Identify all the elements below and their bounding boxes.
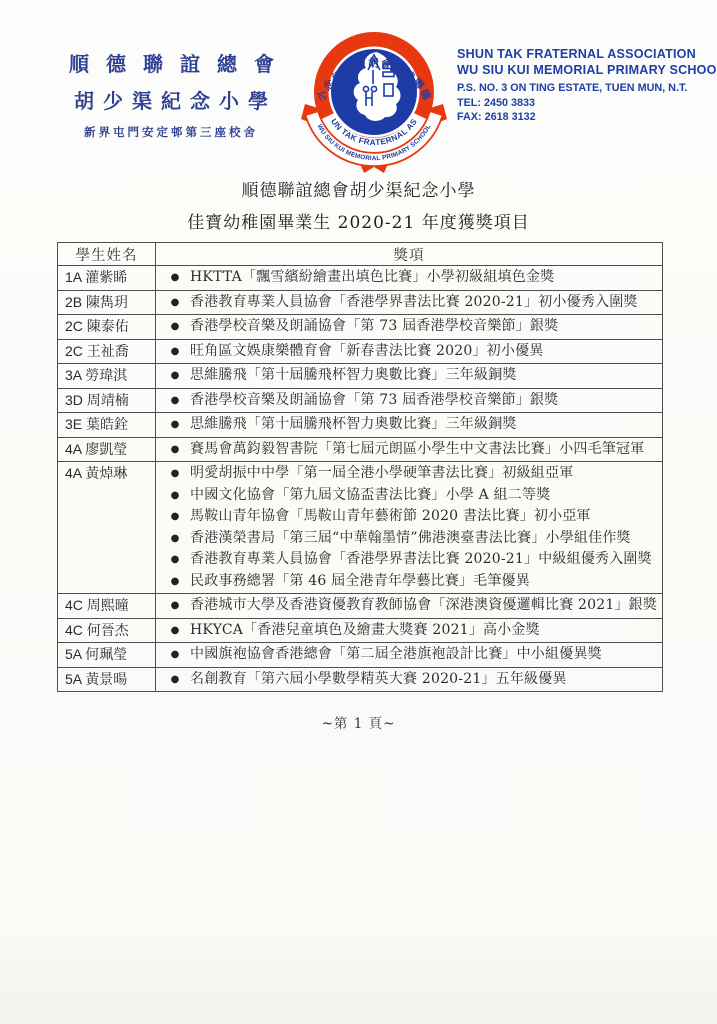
award-line: ●旺角區文娛康樂體育會「新春書法比賽 2020」初小優異	[160, 341, 658, 363]
school-badge-icon: 學小念紀渠少胡會總誼聯德順 SHUN TAK FRATERNAL ASSN WU…	[299, 26, 449, 176]
table-row: 4C 周熙曈●香港城市大學及香港資優教育教師協會「深港澳資優邏輯比賽 2021」…	[58, 594, 663, 619]
table-row: 2C 王祉喬●旺角區文娛康樂體育會「新春書法比賽 2020」初小優異	[58, 339, 663, 364]
award-line: ●明愛胡振中中學「第一屆全港小學硬筆書法比賽」初級組亞軍	[160, 463, 658, 485]
table-row: 2C 陳泰佑●香港學校音樂及朗誦協會「第 73 屆香港學校音樂節」銀獎	[58, 315, 663, 340]
award-text: 旺角區文娛康樂體育會「新春書法比賽 2020」初小優異	[190, 341, 543, 362]
award-text: 中國文化協會「第九屆文協盃書法比賽」小學 A 組二等獎	[190, 485, 550, 506]
bullet-icon: ●	[160, 439, 190, 461]
awards-cell: ●思維騰飛「第十屆騰飛杯智力奧數比賽」三年級銅獎	[156, 364, 663, 389]
school-fax: FAX: 2618 3132	[457, 110, 699, 125]
award-text: HKYCA「香港兒童填色及繪畫大獎賽 2021」高小金獎	[190, 620, 540, 641]
awards-table: 學生姓名 獎項 1A 灌紫睎●HKTTA「飄雪繽紛繪畫出填色比賽」小學初級組填色…	[57, 242, 663, 692]
award-line: ●中國旗袍協會香港總會「第二屆全港旗袍設計比賽」中小組優異獎	[160, 644, 658, 666]
table-header-row: 學生姓名 獎項	[58, 243, 663, 266]
award-text: 香港漢榮書局「第三屆“中華翰墨情”佛港澳臺書法比賽」小學組佳作獎	[190, 528, 631, 549]
award-line: ●賽馬會萬鈞毅智書院「第七屆元朗區小學生中文書法比賽」小四毛筆冠軍	[160, 439, 658, 461]
award-line: ●思維騰飛「第十屆騰飛杯智力奧數比賽」三年級銅獎	[160, 365, 658, 387]
award-line: ●民政事務總署「第 46 屆全港青年學藝比賽」毛筆優異	[160, 571, 658, 593]
awards-cell: ●明愛胡振中中學「第一屆全港小學硬筆書法比賽」初級組亞軍●中國文化協會「第九屆文…	[156, 462, 663, 594]
award-text: 香港學校音樂及朗誦協會「第 73 屆香港學校音樂節」銀獎	[190, 390, 558, 411]
awards-table-wrap: 學生姓名 獎項 1A 灌紫睎●HKTTA「飄雪繽紛繪畫出填色比賽」小學初級組填色…	[57, 242, 663, 692]
table-row: 3A 勞瑋淇●思維騰飛「第十屆騰飛杯智力奧數比賽」三年級銅獎	[58, 364, 663, 389]
student-name-cell: 3E 葉皓銓	[58, 413, 156, 438]
awards-cell: ●旺角區文娛康樂體育會「新春書法比賽 2020」初小優異	[156, 339, 663, 364]
bullet-icon: ●	[160, 506, 190, 528]
award-text: 思維騰飛「第十屆騰飛杯智力奧數比賽」三年級銅獎	[190, 414, 517, 435]
bullet-icon: ●	[160, 292, 190, 314]
table-row: 3E 葉皓銓●思維騰飛「第十屆騰飛杯智力奧數比賽」三年級銅獎	[58, 413, 663, 438]
school-tel: TEL: 2450 3833	[457, 96, 699, 111]
scanned-document-page: 順德聯誼總會 胡少渠紀念小學 新界屯門安定邨第三座校舍	[0, 0, 717, 1024]
column-header-award: 獎項	[156, 243, 663, 266]
student-name-cell: 2B 陳雋玥	[58, 290, 156, 315]
award-line: ●香港漢榮書局「第三屆“中華翰墨情”佛港澳臺書法比賽」小學組佳作獎	[160, 528, 658, 550]
award-line: ●HKTTA「飄雪繽紛繪畫出填色比賽」小學初級組填色金獎	[160, 267, 658, 289]
awards-cell: ●香港學校音樂及朗誦協會「第 73 屆香港學校音樂節」銀獎	[156, 388, 663, 413]
table-row: 4A 黃焯琳●明愛胡振中中學「第一屆全港小學硬筆書法比賽」初級組亞軍●中國文化協…	[58, 462, 663, 594]
student-name-cell: 4A 黃焯琳	[58, 462, 156, 594]
awards-cell: ●香港城市大學及香港資優教育教師協會「深港澳資優邏輯比賽 2021」銀獎	[156, 594, 663, 619]
bullet-icon: ●	[160, 341, 190, 363]
awards-cell: ●賽馬會萬鈞毅智書院「第七屆元朗區小學生中文書法比賽」小四毛筆冠軍	[156, 437, 663, 462]
bullet-icon: ●	[160, 571, 190, 593]
award-line: ●香港教育專業人員協會「香港學界書法比賽 2020-21」中級組優秀入圍獎	[160, 549, 658, 571]
bullet-icon: ●	[160, 463, 190, 485]
award-text: 明愛胡振中中學「第一屆全港小學硬筆書法比賽」初級組亞軍	[190, 463, 573, 484]
awards-cell: ●HKTTA「飄雪繽紛繪畫出填色比賽」小學初級組填色金獎	[156, 266, 663, 291]
awards-table-body: 1A 灌紫睎●HKTTA「飄雪繽紛繪畫出填色比賽」小學初級組填色金獎2B 陳雋玥…	[58, 266, 663, 692]
document-title-line2: 佳寶幼稚園畢業生 2020-21 年度獲獎項目	[0, 208, 717, 233]
award-text: 名創教育「第六屆小學數學精英大賽 2020-21」五年級優異	[190, 669, 567, 690]
letterhead: 順德聯誼總會 胡少渠紀念小學 新界屯門安定邨第三座校舍	[0, 26, 717, 180]
column-header-student-name: 學生姓名	[58, 243, 156, 266]
student-name-cell: 3A 勞瑋淇	[58, 364, 156, 389]
table-row: 4C 何晉杰●HKYCA「香港兒童填色及繪畫大獎賽 2021」高小金獎	[58, 618, 663, 643]
awards-cell: ●香港教育專業人員協會「香港學界書法比賽 2020-21」初小優秀入圍獎	[156, 290, 663, 315]
award-text: 馬鞍山青年協會「馬鞍山青年藝術節 2020 書法比賽」初小亞軍	[190, 506, 591, 527]
award-text: 香港教育專業人員協會「香港學界書法比賽 2020-21」初小優秀入圍獎	[190, 292, 638, 313]
bullet-icon: ●	[160, 644, 190, 666]
award-line: ●名創教育「第六屆小學數學精英大賽 2020-21」五年級優異	[160, 669, 658, 691]
award-text: 香港城市大學及香港資優教育教師協會「深港澳資優邏輯比賽 2021」銀獎	[190, 595, 657, 616]
table-row: 3D 周靖楠●香港學校音樂及朗誦協會「第 73 屆香港學校音樂節」銀獎	[58, 388, 663, 413]
student-name-cell: 4C 周熙曈	[58, 594, 156, 619]
bullet-icon: ●	[160, 669, 190, 691]
award-text: 香港教育專業人員協會「香港學界書法比賽 2020-21」中級組優秀入圍獎	[190, 549, 652, 570]
student-name-cell: 4C 何晉杰	[58, 618, 156, 643]
student-name-cell: 2C 王祉喬	[58, 339, 156, 364]
awards-cell: ●中國旗袍協會香港總會「第二屆全港旗袍設計比賽」中小組優異獎	[156, 643, 663, 668]
bullet-icon: ●	[160, 414, 190, 436]
table-row: 1A 灌紫睎●HKTTA「飄雪繽紛繪畫出填色比賽」小學初級組填色金獎	[58, 266, 663, 291]
award-line: ●香港學校音樂及朗誦協會「第 73 屆香港學校音樂節」銀獎	[160, 316, 658, 338]
award-line: ●HKYCA「香港兒童填色及繪畫大獎賽 2021」高小金獎	[160, 620, 658, 642]
bullet-icon: ●	[160, 316, 190, 338]
award-line: ●中國文化協會「第九屆文協盃書法比賽」小學 A 組二等獎	[160, 485, 658, 507]
school-address-cn: 新界屯門安定邨第三座校舍	[52, 124, 290, 140]
table-row: 2B 陳雋玥●香港教育專業人員協會「香港學界書法比賽 2020-21」初小優秀入…	[58, 290, 663, 315]
student-name-cell: 3D 周靖楠	[58, 388, 156, 413]
award-text: HKTTA「飄雪繽紛繪畫出填色比賽」小學初級組填色金獎	[190, 267, 554, 288]
awards-cell: ●HKYCA「香港兒童填色及繪畫大獎賽 2021」高小金獎	[156, 618, 663, 643]
school-name-en-line2: WU SIU KUI MEMORIAL PRIMARY SCHOOL	[457, 62, 699, 78]
student-name-cell: 2C 陳泰佑	[58, 315, 156, 340]
award-text: 民政事務總署「第 46 屆全港青年學藝比賽」毛筆優異	[190, 571, 530, 592]
document-title-line1: 順德聯誼總會胡少渠紀念小學	[0, 176, 717, 201]
awards-cell: ●香港學校音樂及朗誦協會「第 73 屆香港學校音樂節」銀獎	[156, 315, 663, 340]
awards-cell: ●思維騰飛「第十屆騰飛杯智力奧數比賽」三年級銅獎	[156, 413, 663, 438]
school-name-cn-line1: 順德聯誼總會	[52, 48, 290, 77]
school-name-chinese-block: 順德聯誼總會 胡少渠紀念小學 新界屯門安定邨第三座校舍	[52, 26, 290, 140]
bullet-icon: ●	[160, 549, 190, 571]
school-badge-logo: 學小念紀渠少胡會總誼聯德順 SHUN TAK FRATERNAL ASSN WU…	[299, 26, 449, 180]
school-name-english-block: SHUN TAK FRATERNAL ASSOCIATION WU SIU KU…	[457, 26, 699, 125]
student-name-cell: 5A 何珮瑩	[58, 643, 156, 668]
award-text: 賽馬會萬鈞毅智書院「第七屆元朗區小學生中文書法比賽」小四毛筆冠軍	[190, 439, 644, 460]
award-text: 中國旗袍協會香港總會「第二屆全港旗袍設計比賽」中小組優異獎	[190, 644, 602, 665]
school-address-en: P.S. NO. 3 ON TING ESTATE, TUEN MUN, N.T…	[457, 81, 699, 96]
page-number-label: ~第 1 頁~	[0, 712, 717, 732]
student-name-cell: 1A 灌紫睎	[58, 266, 156, 291]
award-line: ●香港教育專業人員協會「香港學界書法比賽 2020-21」初小優秀入圍獎	[160, 292, 658, 314]
bullet-icon: ●	[160, 390, 190, 412]
table-row: 5A 何珮瑩●中國旗袍協會香港總會「第二屆全港旗袍設計比賽」中小組優異獎	[58, 643, 663, 668]
bullet-icon: ●	[160, 267, 190, 289]
bullet-icon: ●	[160, 620, 190, 642]
table-row: 5A 黃景暘●名創教育「第六屆小學數學精英大賽 2020-21」五年級優異	[58, 667, 663, 692]
award-text: 香港學校音樂及朗誦協會「第 73 屆香港學校音樂節」銀獎	[190, 316, 558, 337]
table-row: 4A 廖凱瑩●賽馬會萬鈞毅智書院「第七屆元朗區小學生中文書法比賽」小四毛筆冠軍	[58, 437, 663, 462]
document-title: 順德聯誼總會胡少渠紀念小學 佳寶幼稚園畢業生 2020-21 年度獲獎項目	[0, 176, 717, 233]
school-name-cn-line2: 胡少渠紀念小學	[52, 85, 290, 114]
bullet-icon: ●	[160, 595, 190, 617]
bullet-icon: ●	[160, 485, 190, 507]
bullet-icon: ●	[160, 365, 190, 387]
bullet-icon: ●	[160, 528, 190, 550]
award-text: 思維騰飛「第十屆騰飛杯智力奧數比賽」三年級銅獎	[190, 365, 517, 386]
student-name-cell: 5A 黃景暘	[58, 667, 156, 692]
award-line: ●香港城市大學及香港資優教育教師協會「深港澳資優邏輯比賽 2021」銀獎	[160, 595, 658, 617]
award-line: ●香港學校音樂及朗誦協會「第 73 屆香港學校音樂節」銀獎	[160, 390, 658, 412]
award-line: ●思維騰飛「第十屆騰飛杯智力奧數比賽」三年級銅獎	[160, 414, 658, 436]
school-name-en-line1: SHUN TAK FRATERNAL ASSOCIATION	[457, 46, 699, 62]
awards-cell: ●名創教育「第六屆小學數學精英大賽 2020-21」五年級優異	[156, 667, 663, 692]
student-name-cell: 4A 廖凱瑩	[58, 437, 156, 462]
award-line: ●馬鞍山青年協會「馬鞍山青年藝術節 2020 書法比賽」初小亞軍	[160, 506, 658, 528]
